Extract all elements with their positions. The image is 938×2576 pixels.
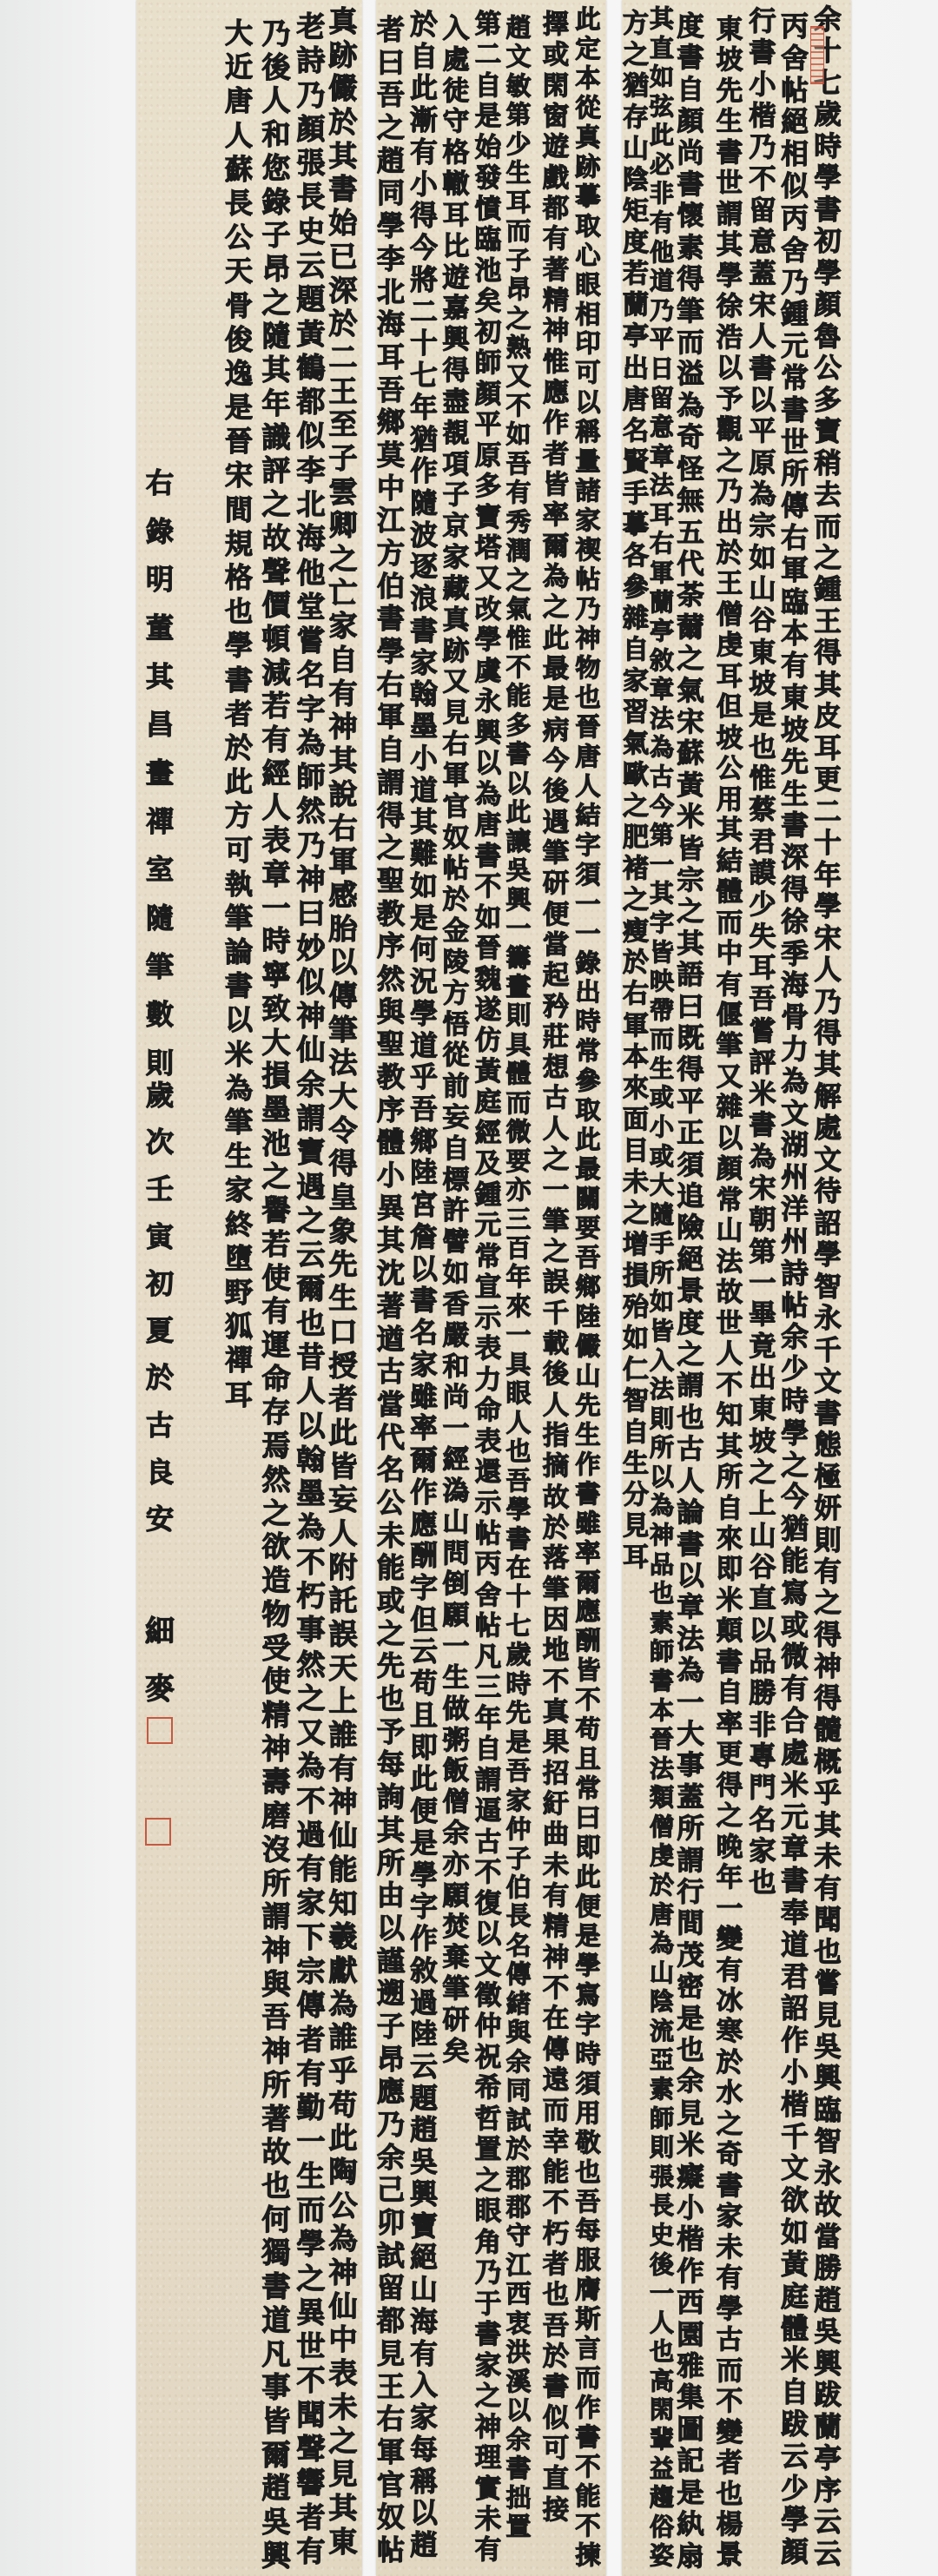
calligraphy-character: 千 bbox=[814, 1338, 841, 1364]
calligraphy-character: 量 bbox=[575, 449, 600, 474]
calligraphy-character: 生 bbox=[506, 161, 532, 186]
calligraphy-character: 於 bbox=[717, 541, 743, 567]
calligraphy-character: 語 bbox=[677, 962, 703, 989]
calligraphy-character: 過 bbox=[410, 1991, 438, 2018]
calligraphy-character: 直 bbox=[543, 2467, 569, 2493]
calligraphy-character: 天 bbox=[329, 1654, 358, 1682]
calligraphy-character: 理 bbox=[475, 2446, 501, 2472]
calligraphy-character: 願 bbox=[443, 1602, 470, 1629]
calligraphy-character: 在 bbox=[506, 1556, 532, 1581]
calligraphy-character: 神 bbox=[329, 2258, 358, 2287]
calligraphy-character: 見 bbox=[329, 2460, 358, 2488]
calligraphy-character: 因 bbox=[543, 1608, 569, 1634]
calligraphy-character: 儼 bbox=[329, 74, 358, 102]
calligraphy-character: 於 bbox=[543, 2344, 569, 2370]
calligraphy-character: 未 bbox=[623, 1170, 649, 1196]
calligraphy-character: 如 bbox=[475, 906, 501, 932]
calligraphy-character: 皆 bbox=[329, 1452, 358, 1481]
calligraphy-character: 為 bbox=[650, 1494, 674, 1518]
calligraphy-character: 文 bbox=[506, 44, 532, 69]
calligraphy-character: 之 bbox=[506, 307, 532, 332]
calligraphy-character: 興 bbox=[475, 721, 501, 747]
calligraphy-character: 態 bbox=[814, 1432, 841, 1459]
calligraphy-character: 經 bbox=[262, 759, 291, 788]
calligraphy-character: 您 bbox=[262, 154, 291, 182]
calligraphy-character: 覩 bbox=[443, 420, 470, 447]
calligraphy-character: 少 bbox=[506, 132, 532, 157]
calligraphy-character: 教 bbox=[377, 900, 405, 928]
calligraphy-character: 家 bbox=[410, 651, 438, 678]
calligraphy-character: 響 bbox=[297, 2468, 326, 2497]
calligraphy-character: 溈 bbox=[443, 1478, 470, 1505]
calligraphy-character: 紈 bbox=[677, 2512, 703, 2539]
calligraphy-character: 同 bbox=[377, 179, 405, 207]
calligraphy-character: 少 bbox=[781, 1357, 809, 1384]
calligraphy-character: 各 bbox=[623, 544, 649, 570]
calligraphy-character: 問 bbox=[443, 1541, 470, 1568]
calligraphy-character: 荼 bbox=[677, 583, 703, 610]
calligraphy-character: 謂 bbox=[717, 202, 743, 228]
calligraphy-character: 為 bbox=[650, 1932, 674, 1956]
calligraphy-character: 宗 bbox=[677, 868, 703, 895]
calligraphy-character: 以 bbox=[329, 948, 358, 976]
calligraphy-character: 須 bbox=[575, 2071, 600, 2097]
calligraphy-character: 異 bbox=[377, 1194, 405, 1222]
calligraphy-character: 書 bbox=[677, 172, 703, 199]
calligraphy-character: 受 bbox=[262, 1634, 291, 1662]
calligraphy-character: 昂 bbox=[506, 277, 532, 302]
calligraphy-character: 原 bbox=[749, 451, 776, 478]
calligraphy-character: 張 bbox=[297, 149, 326, 177]
calligraphy-character: 師 bbox=[650, 1640, 674, 1664]
calligraphy-character: 筆 bbox=[543, 1209, 569, 1235]
calligraphy-character: 文 bbox=[781, 2156, 809, 2183]
calligraphy-character: 記 bbox=[677, 2448, 703, 2475]
calligraphy-character: 或 bbox=[781, 1613, 809, 1641]
calligraphy-character: 而 bbox=[297, 2196, 326, 2224]
calligraphy-character: 序 bbox=[377, 1096, 405, 1124]
seal-stamp bbox=[810, 26, 824, 84]
calligraphy-character: 人 bbox=[677, 1469, 703, 1496]
text-column: 方之猶存山陰矩度若蘭亭出唐名賢手摹各參雜自家習氣歐之肥褚之瘦於右軍本來面目未之增… bbox=[620, 11, 651, 1572]
calligraphy-character: 奴 bbox=[377, 2503, 405, 2531]
calligraphy-character: 凡 bbox=[475, 1645, 501, 1671]
calligraphy-character: 以 bbox=[575, 390, 600, 415]
calligraphy-character: 然 bbox=[262, 1465, 291, 1494]
calligraphy-character: 軍 bbox=[329, 847, 358, 875]
calligraphy-character: 明 bbox=[146, 565, 174, 593]
calligraphy-character: 真 bbox=[543, 1700, 569, 1726]
calligraphy-character: 損 bbox=[262, 1061, 291, 1090]
calligraphy-character: 謹 bbox=[377, 1947, 405, 1975]
calligraphy-character: 都 bbox=[543, 196, 569, 222]
calligraphy-character: 此 bbox=[575, 1127, 600, 1153]
calligraphy-character: 郡 bbox=[506, 2166, 532, 2191]
calligraphy-character: 為 bbox=[297, 729, 326, 757]
calligraphy-character: 筆 bbox=[543, 1577, 569, 1603]
calligraphy-character: 二 bbox=[410, 300, 438, 327]
calligraphy-character: 體 bbox=[506, 1061, 532, 1087]
calligraphy-character: 雖 bbox=[410, 1384, 438, 1412]
calligraphy-character: 摹 bbox=[623, 512, 649, 538]
calligraphy-character: 也 bbox=[575, 2160, 600, 2185]
calligraphy-character: 上 bbox=[329, 1687, 358, 1715]
calligraphy-character: 示 bbox=[475, 1306, 501, 1332]
calligraphy-character: 題 bbox=[297, 285, 326, 314]
calligraphy-character: 帖 bbox=[377, 2536, 405, 2564]
calligraphy-character: 不 bbox=[717, 1373, 743, 1399]
calligraphy-character: 黃 bbox=[297, 320, 326, 348]
calligraphy-character: 當 bbox=[814, 2224, 841, 2251]
calligraphy-character: 字 bbox=[575, 833, 600, 858]
calligraphy-character: 儼 bbox=[575, 1334, 600, 1359]
calligraphy-character: 凡 bbox=[262, 2340, 291, 2368]
calligraphy-character: 後 bbox=[650, 2253, 674, 2277]
calligraphy-character: 遊 bbox=[443, 265, 470, 292]
calligraphy-character: 舍 bbox=[781, 46, 809, 74]
calligraphy-character: 野 bbox=[225, 1278, 253, 1306]
calligraphy-character: 亭 bbox=[623, 324, 649, 350]
calligraphy-character: 一 bbox=[262, 894, 291, 922]
calligraphy-character: 有 bbox=[814, 1559, 841, 1586]
calligraphy-character: 皆 bbox=[650, 1319, 674, 1344]
calligraphy-character: 神 bbox=[329, 712, 358, 741]
calligraphy-character: 薾 bbox=[677, 615, 703, 642]
calligraphy-character: 謂 bbox=[475, 1768, 501, 1794]
calligraphy-character: 之 bbox=[506, 568, 532, 593]
calligraphy-character: 人 bbox=[575, 774, 600, 799]
calligraphy-character: 悟 bbox=[443, 1012, 470, 1039]
calligraphy-character: 之 bbox=[297, 2264, 326, 2293]
calligraphy-character: 家 bbox=[506, 1788, 532, 1813]
calligraphy-character: 者 bbox=[543, 2252, 569, 2278]
calligraphy-character: 吾 bbox=[506, 452, 532, 477]
calligraphy-character: 閑 bbox=[650, 2398, 674, 2422]
calligraphy-character: 東 bbox=[781, 685, 809, 713]
calligraphy-character: 小 bbox=[377, 1161, 405, 1189]
calligraphy-character: 波 bbox=[410, 523, 438, 551]
calligraphy-character: 癡 bbox=[677, 2164, 703, 2191]
calligraphy-character: 顏 bbox=[781, 2540, 809, 2567]
calligraphy-character: 又 bbox=[506, 364, 532, 389]
calligraphy-character: 之 bbox=[717, 1804, 743, 1830]
calligraphy-character: 聞 bbox=[297, 2401, 326, 2429]
calligraphy-character: 敏 bbox=[506, 74, 532, 99]
calligraphy-character: 得 bbox=[814, 1622, 841, 1649]
calligraphy-character: 乃 bbox=[575, 597, 600, 622]
calligraphy-character: 能 bbox=[575, 2484, 600, 2509]
calligraphy-character: 云 bbox=[297, 251, 326, 280]
calligraphy-character: 至 bbox=[329, 410, 358, 439]
calligraphy-character: 文 bbox=[814, 1369, 841, 1396]
calligraphy-character: 於 bbox=[225, 734, 253, 762]
calligraphy-character: 魯 bbox=[814, 324, 841, 351]
calligraphy-character: 招 bbox=[543, 1761, 569, 1787]
calligraphy-character: 得 bbox=[814, 1686, 841, 1713]
calligraphy-character: 處 bbox=[443, 47, 470, 74]
calligraphy-character: 一 bbox=[543, 1178, 569, 1204]
calligraphy-character: 乃 bbox=[475, 2261, 501, 2287]
calligraphy-character: 軍 bbox=[650, 561, 674, 585]
calligraphy-character: 西 bbox=[506, 2282, 532, 2307]
calligraphy-character: 子 bbox=[262, 221, 291, 249]
calligraphy-character: 跡 bbox=[575, 155, 600, 180]
calligraphy-character: 法 bbox=[677, 1627, 703, 1654]
calligraphy-character: 生 bbox=[623, 1451, 649, 1477]
calligraphy-character: 曰 bbox=[677, 994, 703, 1021]
calligraphy-character: 得 bbox=[410, 203, 438, 231]
calligraphy-character: 素 bbox=[677, 235, 703, 262]
calligraphy-character: 筆 bbox=[225, 904, 253, 932]
calligraphy-character: 而 bbox=[677, 330, 703, 357]
calligraphy-character: 所 bbox=[262, 1869, 291, 1898]
calligraphy-character: 跋 bbox=[814, 2382, 841, 2409]
calligraphy-character: 吾 bbox=[262, 2003, 291, 2031]
calligraphy-character: 惟 bbox=[543, 350, 569, 376]
calligraphy-character: 人 bbox=[262, 793, 291, 822]
calligraphy-character: 精 bbox=[262, 1701, 291, 1729]
calligraphy-character: 時 bbox=[575, 2042, 600, 2067]
calligraphy-character: 日 bbox=[650, 357, 674, 381]
calligraphy-character: 其 bbox=[650, 882, 674, 906]
calligraphy-character: 始 bbox=[475, 135, 501, 162]
calligraphy-character: 爾 bbox=[575, 1570, 600, 1595]
calligraphy-character: 未 bbox=[377, 1522, 405, 1549]
calligraphy-character: 奉 bbox=[781, 1900, 809, 1928]
calligraphy-character: 似 bbox=[543, 2406, 569, 2432]
calligraphy-character: 欲 bbox=[262, 1532, 291, 1561]
calligraphy-character: 吾 bbox=[575, 2190, 600, 2215]
calligraphy-character: 已 bbox=[329, 242, 358, 271]
text-column: 余十七歲時學書初學顏魯公多寶稍去而之鍾王得其皮耳更二十年學宋人乃得其解處文待詔學… bbox=[812, 7, 843, 2569]
calligraphy-character: 坡 bbox=[717, 48, 743, 74]
calligraphy-character: 一 bbox=[297, 2127, 326, 2156]
calligraphy-character: 云 bbox=[781, 2444, 809, 2472]
calligraphy-character: 增 bbox=[623, 1232, 649, 1258]
calligraphy-character: 原 bbox=[475, 444, 501, 470]
calligraphy-character: 郡 bbox=[506, 2195, 532, 2220]
calligraphy-character: 晉 bbox=[575, 715, 600, 740]
calligraphy-character: 人 bbox=[329, 1519, 358, 1548]
calligraphy-character: 得 bbox=[814, 1020, 841, 1047]
calligraphy-character: 知 bbox=[329, 1889, 358, 1918]
calligraphy-character: 籌 bbox=[506, 946, 532, 971]
calligraphy-character: 研 bbox=[443, 2007, 470, 2034]
calligraphy-character: 詔 bbox=[814, 1211, 841, 1238]
calligraphy-character: 寧 bbox=[262, 961, 291, 989]
calligraphy-character: 過 bbox=[297, 1820, 326, 1849]
calligraphy-character: 北 bbox=[297, 490, 326, 519]
calligraphy-character: 有 bbox=[543, 1884, 569, 1910]
calligraphy-character: 作 bbox=[677, 2259, 703, 2286]
calligraphy-character: 俊 bbox=[225, 326, 253, 353]
calligraphy-character: 行 bbox=[677, 1879, 703, 1906]
calligraphy-character: 宋 bbox=[749, 293, 776, 320]
calligraphy-character: 趙 bbox=[410, 2117, 438, 2145]
calligraphy-character: 則 bbox=[814, 1528, 841, 1555]
calligraphy-character: 皇 bbox=[329, 1183, 358, 1212]
calligraphy-character: 之 bbox=[749, 1460, 776, 1487]
calligraphy-character: 右 bbox=[781, 525, 809, 553]
calligraphy-character: 余 bbox=[443, 1820, 470, 1847]
calligraphy-character: 非 bbox=[650, 182, 674, 206]
calligraphy-character: 仙 bbox=[297, 1035, 326, 1064]
calligraphy-character: 意 bbox=[650, 415, 674, 439]
calligraphy-character: 雅 bbox=[677, 2354, 703, 2381]
calligraphy-character: 許 bbox=[443, 1198, 470, 1225]
calligraphy-character: 趙 bbox=[262, 2474, 291, 2502]
calligraphy-character: 軍 bbox=[377, 2438, 405, 2466]
calligraphy-character: 宣 bbox=[475, 1275, 501, 1301]
calligraphy-character: 書 bbox=[262, 2272, 291, 2301]
calligraphy-character: 唐 bbox=[623, 387, 649, 413]
calligraphy-character: 七 bbox=[506, 1614, 532, 1639]
calligraphy-character: 作 bbox=[781, 2028, 809, 2056]
calligraphy-character: 也 bbox=[262, 2171, 291, 2200]
calligraphy-character: 第 bbox=[506, 102, 532, 128]
calligraphy-character: 但 bbox=[410, 1608, 438, 1635]
calligraphy-character: 轍 bbox=[443, 171, 470, 198]
calligraphy-character: 學 bbox=[225, 631, 253, 659]
calligraphy-character: 敘 bbox=[410, 1958, 438, 1986]
calligraphy-character: 五 bbox=[677, 520, 703, 547]
calligraphy-character: 解 bbox=[814, 1084, 841, 1111]
calligraphy-character: 人 bbox=[297, 1377, 326, 1405]
calligraphy-character: 人 bbox=[814, 957, 841, 984]
calligraphy-character: 庭 bbox=[475, 1090, 501, 1116]
calligraphy-character: 自 bbox=[623, 1420, 649, 1446]
calligraphy-character: 大 bbox=[677, 1721, 703, 1748]
calligraphy-character: 之 bbox=[717, 449, 743, 475]
calligraphy-character: 之 bbox=[329, 545, 358, 573]
calligraphy-character: 帖 bbox=[781, 1293, 809, 1321]
calligraphy-character: 卯 bbox=[377, 2209, 405, 2236]
calligraphy-character: 從 bbox=[443, 1042, 470, 1069]
calligraphy-character: 山 bbox=[410, 2277, 438, 2305]
calligraphy-character: 微 bbox=[781, 1644, 809, 1672]
calligraphy-character: 為 bbox=[749, 1145, 776, 1172]
calligraphy-character: 耳 bbox=[377, 343, 405, 371]
calligraphy-character: 置 bbox=[475, 2137, 501, 2163]
calligraphy-character: 世 bbox=[717, 1311, 743, 1338]
calligraphy-character: 骨 bbox=[781, 1005, 809, 1033]
calligraphy-character: 能 bbox=[506, 684, 532, 709]
calligraphy-character: 敬 bbox=[575, 2130, 600, 2156]
calligraphy-character: 吾 bbox=[575, 1245, 600, 1271]
calligraphy-character: 昔 bbox=[297, 1343, 326, 1371]
calligraphy-character: 絕 bbox=[781, 109, 809, 137]
calligraphy-character: 少 bbox=[749, 892, 776, 919]
calligraphy-character: 神 bbox=[475, 2415, 501, 2441]
calligraphy-character: 君 bbox=[749, 829, 776, 856]
calligraphy-character: 時 bbox=[575, 1009, 600, 1034]
calligraphy-character: 蘇 bbox=[225, 155, 253, 183]
calligraphy-character: 隨 bbox=[410, 491, 438, 519]
calligraphy-character: 嘗 bbox=[814, 1971, 841, 1998]
calligraphy-character: 類 bbox=[650, 1786, 674, 1810]
calligraphy-character: 字 bbox=[297, 695, 326, 723]
calligraphy-character: 軍 bbox=[781, 558, 809, 585]
calligraphy-character: 之 bbox=[377, 114, 405, 142]
calligraphy-character: 傳 bbox=[781, 493, 809, 521]
calligraphy-character: 有 bbox=[543, 227, 569, 253]
calligraphy-character: 也 bbox=[225, 598, 253, 625]
calligraphy-character: 使 bbox=[262, 1667, 291, 1695]
calligraphy-character: 代 bbox=[677, 552, 703, 578]
calligraphy-character: 帖 bbox=[443, 855, 470, 882]
calligraphy-character: 為 bbox=[297, 1513, 326, 1542]
inscription-attribution: 右錄明董其昌畫禪室隨筆數則 bbox=[144, 469, 175, 1077]
calligraphy-character: 法 bbox=[650, 1757, 674, 1781]
calligraphy-character: 楊 bbox=[717, 2513, 743, 2539]
calligraphy-character: 所 bbox=[262, 2071, 291, 2099]
calligraphy-character: 夏 bbox=[146, 1317, 174, 1344]
calligraphy-character: 可 bbox=[575, 360, 600, 386]
calligraphy-character: 張 bbox=[650, 2165, 674, 2190]
calligraphy-character: 表 bbox=[475, 1430, 501, 1456]
calligraphy-character: 於 bbox=[410, 12, 438, 40]
calligraphy-character: 常 bbox=[575, 1039, 600, 1064]
calligraphy-character: 論 bbox=[677, 1500, 703, 1527]
calligraphy-character: 感 bbox=[329, 881, 358, 909]
calligraphy-character: 歐 bbox=[623, 763, 649, 789]
calligraphy-character: 筆 bbox=[443, 1976, 470, 2003]
calligraphy-character: 於 bbox=[146, 1364, 174, 1391]
calligraphy-character: 而 bbox=[506, 219, 532, 244]
calligraphy-character: 神 bbox=[262, 2037, 291, 2065]
calligraphy-character: 觀 bbox=[717, 418, 743, 444]
calligraphy-character: 帖 bbox=[475, 1522, 501, 1548]
calligraphy-character: 盡 bbox=[443, 389, 470, 416]
calligraphy-character: 也 bbox=[749, 735, 776, 762]
calligraphy-character: 千 bbox=[781, 2124, 809, 2152]
calligraphy-character: 僧 bbox=[443, 1789, 470, 1816]
calligraphy-character: 卿 bbox=[329, 511, 358, 539]
calligraphy-character: 書 bbox=[475, 2322, 501, 2348]
calligraphy-character: 虔 bbox=[717, 633, 743, 659]
calligraphy-character: 常 bbox=[717, 1188, 743, 1214]
calligraphy-character: 不 bbox=[297, 2366, 326, 2394]
calligraphy-character: 之 bbox=[329, 2427, 358, 2455]
calligraphy-character: 言 bbox=[575, 2336, 600, 2361]
calligraphy-character: 亭 bbox=[814, 2446, 841, 2473]
calligraphy-character: 家 bbox=[225, 1176, 253, 1204]
calligraphy-character: 小 bbox=[650, 1115, 674, 1139]
calligraphy-character: 象 bbox=[329, 1217, 358, 1245]
calligraphy-character: 家 bbox=[410, 1352, 438, 1380]
calligraphy-character: 年 bbox=[410, 395, 438, 423]
calligraphy-character: 人 bbox=[225, 122, 253, 149]
calligraphy-character: 能 bbox=[781, 1549, 809, 1576]
text-column: 入處徒守格轍耳比遊嘉興得盡覩項子京家藏真跡又見右軍官奴帖於金陵方悟從前妄自標許譬… bbox=[440, 16, 472, 2065]
calligraphy-character: 古 bbox=[543, 1086, 569, 1112]
calligraphy-character: 非 bbox=[749, 1713, 776, 1740]
calligraphy-character: 帖 bbox=[781, 78, 809, 106]
calligraphy-character: 西 bbox=[677, 2290, 703, 2317]
calligraphy-character: 小 bbox=[749, 72, 776, 99]
calligraphy-character: 和 bbox=[443, 1354, 470, 1381]
calligraphy-character: 公 bbox=[225, 223, 253, 251]
calligraphy-character: 映 bbox=[650, 969, 674, 994]
calligraphy-character: 跋 bbox=[781, 2412, 809, 2440]
calligraphy-character: 洪 bbox=[506, 2340, 532, 2365]
calligraphy-character: 作 bbox=[575, 1452, 600, 1477]
calligraphy-character: 海 bbox=[781, 973, 809, 1001]
calligraphy-character: 希 bbox=[475, 2076, 501, 2102]
calligraphy-character: 誤 bbox=[543, 1270, 569, 1296]
calligraphy-character: 他 bbox=[650, 241, 674, 265]
calligraphy-character: 師 bbox=[297, 763, 326, 791]
